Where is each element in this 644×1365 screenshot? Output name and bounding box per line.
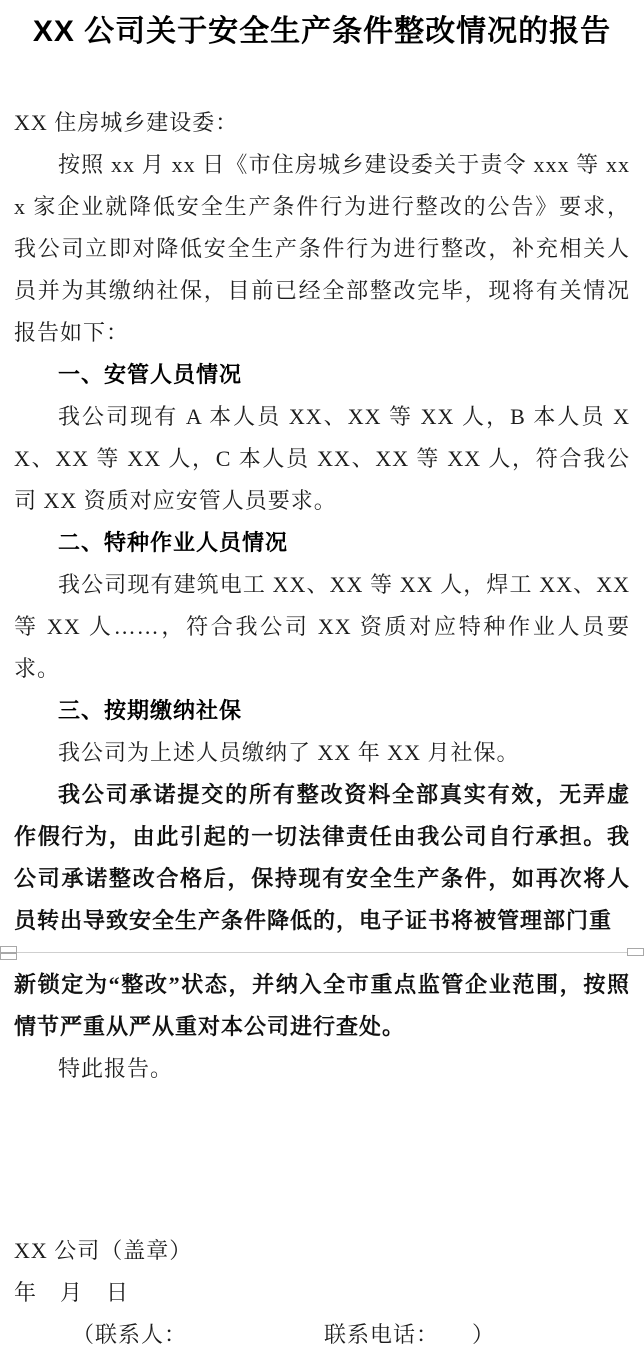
page-break-handle-left-bottom bbox=[0, 953, 17, 960]
contact-phone-label: 联系电话： bbox=[324, 1314, 439, 1356]
contact-close-paren: ） bbox=[472, 1314, 495, 1356]
document-body: XX 住房城乡建设委： 按照 xx 月 xx 日《市住房城乡建设委关于责令 xx… bbox=[0, 102, 644, 1356]
contact-person-label: （联系人： bbox=[72, 1314, 187, 1356]
paragraph-section-2: 我公司现有建筑电工 XX、XX 等 XX 人，焊工 XX、XX 等 XX 人……… bbox=[14, 564, 630, 690]
paragraph-intro: 按照 xx 月 xx 日《市住房城乡建设委关于责令 xxx 等 xxx 家企业就… bbox=[14, 144, 630, 354]
page-break-marker bbox=[0, 942, 644, 964]
signature-spacer bbox=[14, 1090, 630, 1230]
paragraph-commitment-part1: 我公司承诺提交的所有整改资料全部真实有效，无弄虚作假行为，由此引起的一切法律责任… bbox=[14, 774, 630, 942]
document-title: XX 公司关于安全生产条件整改情况的报告 bbox=[10, 10, 634, 54]
section-heading-1: 一、安管人员情况 bbox=[14, 354, 630, 396]
page-break-line bbox=[0, 952, 644, 953]
paragraph-section-3: 我公司为上述人员缴纳了 XX 年 XX 月社保。 bbox=[14, 732, 630, 774]
section-heading-3: 三、按期缴纳社保 bbox=[14, 690, 630, 732]
signature-company: XX 公司（盖章） bbox=[14, 1230, 630, 1272]
document-page: XX 公司关于安全生产条件整改情况的报告 XX 住房城乡建设委： 按照 xx 月… bbox=[0, 0, 644, 1365]
paragraph-commitment-part2: 新锁定为“整改”状态，并纳入全市重点监管企业范围，按照情节严重从严从重对本公司进… bbox=[14, 964, 630, 1048]
paragraph-closing: 特此报告。 bbox=[14, 1048, 630, 1090]
page-break-handle-right bbox=[627, 948, 644, 956]
paragraph-section-1: 我公司现有 A 本人员 XX、XX 等 XX 人，B 本人员 XX、XX 等 X… bbox=[14, 396, 630, 522]
signature-date: 年 月 日 bbox=[14, 1272, 630, 1314]
salutation: XX 住房城乡建设委： bbox=[14, 102, 630, 144]
contact-line: （联系人： 联系电话： ） bbox=[14, 1314, 630, 1356]
page-break-handle-left-top bbox=[0, 946, 17, 953]
section-heading-2: 二、特种作业人员情况 bbox=[14, 522, 630, 564]
